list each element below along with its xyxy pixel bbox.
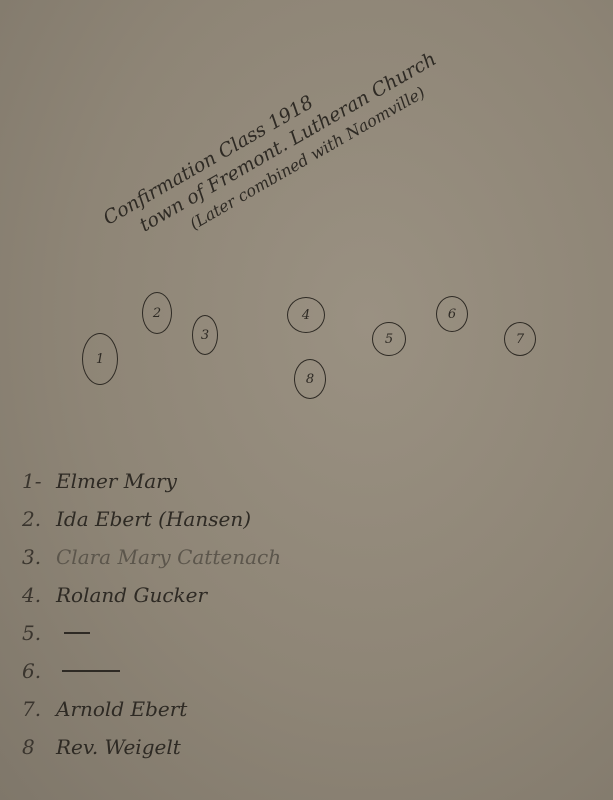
title-line-2: town of Fremont. Lutheran Church: [135, 47, 440, 237]
list-item: 6.: [22, 652, 281, 690]
circled-number-1: 1: [82, 333, 118, 385]
name: Ida Ebert (Hansen): [56, 507, 251, 531]
list-item: 5.: [22, 614, 281, 652]
handwritten-title: Confirmation Class 1918 town of Fremont.…: [99, 26, 453, 272]
list-item: 3.Clara Mary Cattenach: [22, 538, 281, 576]
list-item: 4.Roland Gucker: [22, 576, 281, 614]
name: Rev. Weigelt: [56, 735, 181, 759]
list-item: 1-Elmer Mary: [22, 462, 281, 500]
circled-number-2: 2: [142, 292, 172, 334]
name: Clara Mary Cattenach: [56, 545, 281, 569]
circled-number-7: 7: [504, 322, 536, 356]
name: Arnold Ebert: [56, 697, 187, 721]
name: Roland Gucker: [56, 583, 207, 607]
photo-back-page: Confirmation Class 1918 town of Fremont.…: [0, 0, 613, 800]
name: Elmer Mary: [56, 469, 177, 493]
blank-dash: [62, 670, 120, 672]
circled-number-5: 5: [372, 322, 406, 356]
list-item: 7.Arnold Ebert: [22, 690, 281, 728]
names-list: 1-Elmer Mary 2.Ida Ebert (Hansen) 3.Clar…: [22, 462, 281, 766]
circled-number-4: 4: [287, 297, 325, 333]
circled-number-3: 3: [192, 315, 218, 355]
circled-number-8: 8: [294, 359, 326, 399]
list-item: 2.Ida Ebert (Hansen): [22, 500, 281, 538]
list-item: 8Rev. Weigelt: [22, 728, 281, 766]
blank-dash: [64, 632, 90, 634]
circled-number-6: 6: [436, 296, 468, 332]
